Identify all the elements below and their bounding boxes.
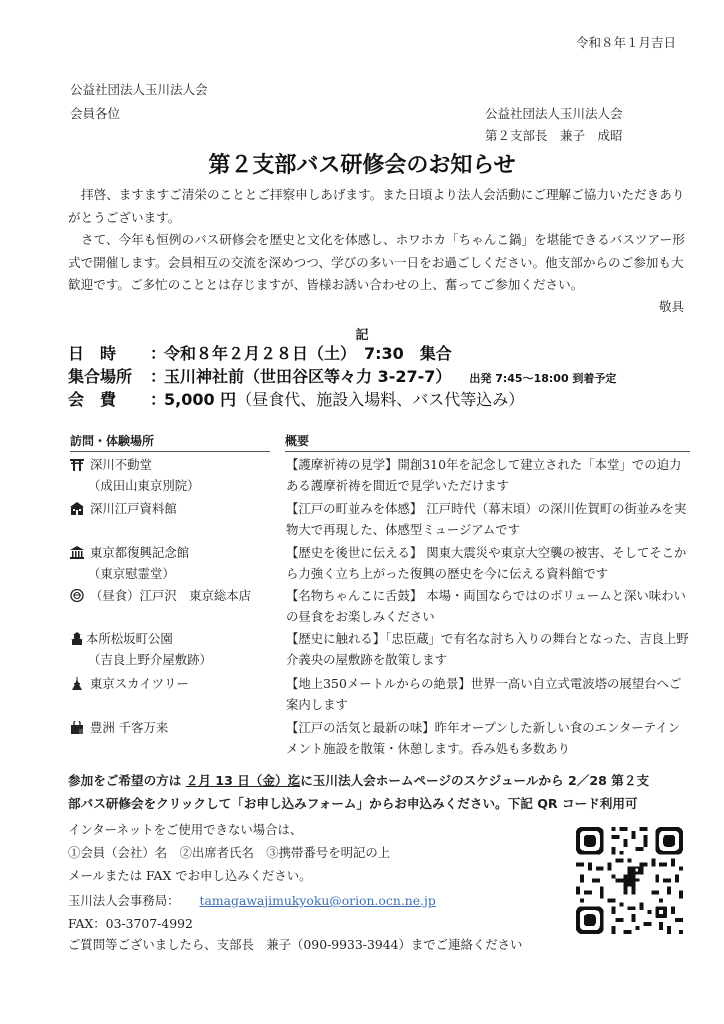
place-cell: 深川江戸資料館 [70, 498, 280, 519]
place-name: 東京スカイツリー [90, 676, 189, 691]
qr-code-icon[interactable] [572, 823, 687, 938]
detail-datetime: 日 時：令和８年２月２８日（土） 7:30 集合 [68, 341, 452, 364]
place-name: 東京都復興記念館 [90, 545, 189, 560]
place-name: 本所松坂町公園 [86, 631, 173, 646]
office-contact: 玉川法人会事務局：tamagawajimukyoku@orion.ocn.ne.… [68, 891, 436, 909]
datetime-label: 日 時 [68, 341, 150, 364]
torii-icon [70, 458, 84, 471]
application-instructions-line-1: 参加をご希望の方は ２月 13 日（金）迄に玉川法人会ホームページのスケジュール… [68, 770, 649, 789]
museum-house-icon [70, 502, 84, 515]
place-subname: （吉良上野介屋敷跡） [70, 649, 280, 670]
inquiry-contact: ご質問等ございましたら、支部長 兼子（090-9933-3944）までご連絡くだ… [68, 935, 522, 953]
apply-text: に玉川法人会ホームページのスケジュールから 2／28 第２支 [300, 773, 649, 788]
intro-paragraph-2: さて、今年も恒例のバス研修会を歴史と文化を体感し、ホワホカ「ちゃんこ鍋」を堪能で… [68, 229, 692, 297]
place-subname: （成田山東京別院） [70, 475, 280, 496]
place-label: 集合場所 [68, 364, 150, 387]
colon: ： [150, 364, 164, 387]
table-row: 豊洲 千客万来 【江戸の活気と最新の味】昨年オープンした新しい食のエンターテイン… [70, 717, 690, 759]
document-date: 令和８年１月吉日 [576, 33, 676, 51]
place-note: 出発 7:45～18:00 到着予定 [469, 372, 616, 385]
table-row: 東京都復興記念館 （東京慰霊堂） 【歴史を後世に伝える】 関東大震災や東京大空襲… [70, 542, 690, 584]
fee-label: 会 費 [68, 387, 150, 410]
table-row: 深川江戸資料館 【江戸の町並みを体感】 江戸時代（幕末頃）の深川佐賀町の街並みを… [70, 498, 690, 540]
table-row: 東京スカイツリー 【地上350メートルからの絶景】世界一高い自立式電波塔の展望台… [70, 673, 690, 715]
table-header-summary: 概要 [285, 432, 690, 452]
place-cell: 東京スカイツリー [70, 673, 280, 694]
office-label: 玉川法人会事務局： [68, 893, 180, 908]
fee-value: 5,000 円 [164, 390, 236, 409]
contact-line-2: ①会員（会社）名 ②出席者氏名 ③携帯番号を明記の上 [68, 843, 390, 861]
place-cell: 本所松坂町公園 （吉良上野介屋敷跡） [70, 628, 280, 670]
place-cell: 深川不動堂 （成田山東京別院） [70, 454, 280, 496]
contact-line-1: インターネットをご使用できない場合は、 [68, 820, 302, 838]
application-deadline: ２月 13 日（金）迄 [186, 773, 300, 788]
place-cell: 東京都復興記念館 （東京慰霊堂） [70, 542, 280, 584]
intro-text-1: 拝啓、ますますご清栄のこととご拝察申しあげます。また日頃より法人会活動にご理解ご… [68, 187, 685, 225]
place-name: 深川不動堂 [90, 457, 152, 472]
place-cell: （昼食）江戸沢 東京総本店 [70, 585, 280, 606]
place-cell: 豊洲 千客万来 [70, 717, 280, 738]
place-name: 深川江戸資料館 [90, 501, 177, 516]
place-description: 【歴史を後世に伝える】 関東大震災や東京大空襲の被害、そしてそこから力強く立ち上… [286, 542, 692, 584]
fee-note: （昼食代、施設入場料、バス代等込み） [236, 390, 524, 409]
sender-organization: 公益社団法人玉川法人会 [485, 104, 623, 122]
table-header-place: 訪問・体験場所 [70, 432, 270, 452]
place-description: 【江戸の活気と最新の味】昨年オープンした新しい食のエンターテインメント施設を散策… [286, 717, 692, 759]
intro-paragraph-1: 拝啓、ますますご清栄のこととご拝察申しあげます。また日頃より法人会活動にご理解ご… [68, 184, 692, 229]
closing-salutation: 敬具 [659, 297, 684, 315]
colon: ： [150, 341, 164, 364]
place-description: 【歴史に触れる】「忠臣蔵」で有名な討ち入りの舞台となった、吉良上野介義央の屋敷跡… [286, 628, 692, 670]
fax-number: FAX：03-3707-4992 [68, 914, 193, 932]
colon: ： [150, 387, 164, 410]
place-description: 【名物ちゃんこに舌鼓】 本場・両国ならではのボリュームと深い味わいの昼食をお楽し… [286, 585, 692, 627]
addressee: 会員各位 [70, 104, 120, 122]
tower-icon [70, 677, 84, 690]
detail-place: 集合場所：玉川神社前（世田谷区等々力 3-27-7）出発 7:45～18:00 … [68, 364, 616, 387]
intro-text-2: さて、今年も恒例のバス研修会を歴史と文化を体感し、ホワホカ「ちゃんこ鍋」を堪能で… [68, 232, 685, 292]
contact-line-3: メールまたは FAX でお申し込みください。 [68, 866, 312, 884]
table-row: （昼食）江戸沢 東京総本店 【名物ちゃんこに舌鼓】 本場・両国ならではのボリュー… [70, 585, 690, 627]
place-subname: （東京慰霊堂） [70, 563, 280, 584]
restaurant-icon [70, 589, 84, 602]
castle-icon [70, 632, 84, 645]
sender-name: 第２支部長 兼子 成昭 [485, 126, 623, 144]
apply-text: 参加をご希望の方は [68, 773, 186, 788]
place-description: 【江戸の町並みを体感】 江戸時代（幕末頃）の深川佐賀町の街並みを実物大で再現した… [286, 498, 692, 540]
addressee-organization: 公益社団法人玉川法人会 [70, 80, 208, 98]
detail-fee: 会 費：5,000 円（昼食代、施設入場料、バス代等込み） [68, 387, 524, 410]
table-row: 深川不動堂 （成田山東京別院） 【護摩祈祷の見学】開創310年を記念して建立され… [70, 454, 690, 496]
email-link[interactable]: tamagawajimukyoku@orion.ocn.ne.jp [200, 893, 436, 908]
shopping-bag-icon [70, 721, 84, 734]
table-row: 本所松坂町公園 （吉良上野介屋敷跡） 【歴史に触れる】「忠臣蔵」で有名な討ち入り… [70, 628, 690, 670]
place-value: 玉川神社前（世田谷区等々力 3-27-7） [164, 367, 451, 386]
place-name: （昼食）江戸沢 東京総本店 [90, 588, 251, 603]
place-description: 【地上350メートルからの絶景】世界一高い自立式電波塔の展望台へご案内します [286, 673, 692, 715]
application-instructions-line-2: 部バス研修会をクリックして「お申し込みフォーム」からお申込みください。下記 QR… [68, 793, 638, 812]
page-title: 第２支部バス研修会のお知らせ [0, 148, 724, 179]
datetime-value: 令和８年２月２８日（土） 7:30 集合 [164, 344, 452, 363]
place-description: 【護摩祈祷の見学】開創310年を記念して建立された「本堂」での迫力ある護摩祈祷を… [286, 454, 692, 496]
place-name: 豊洲 千客万来 [90, 720, 168, 735]
memorial-hall-icon [70, 546, 84, 559]
